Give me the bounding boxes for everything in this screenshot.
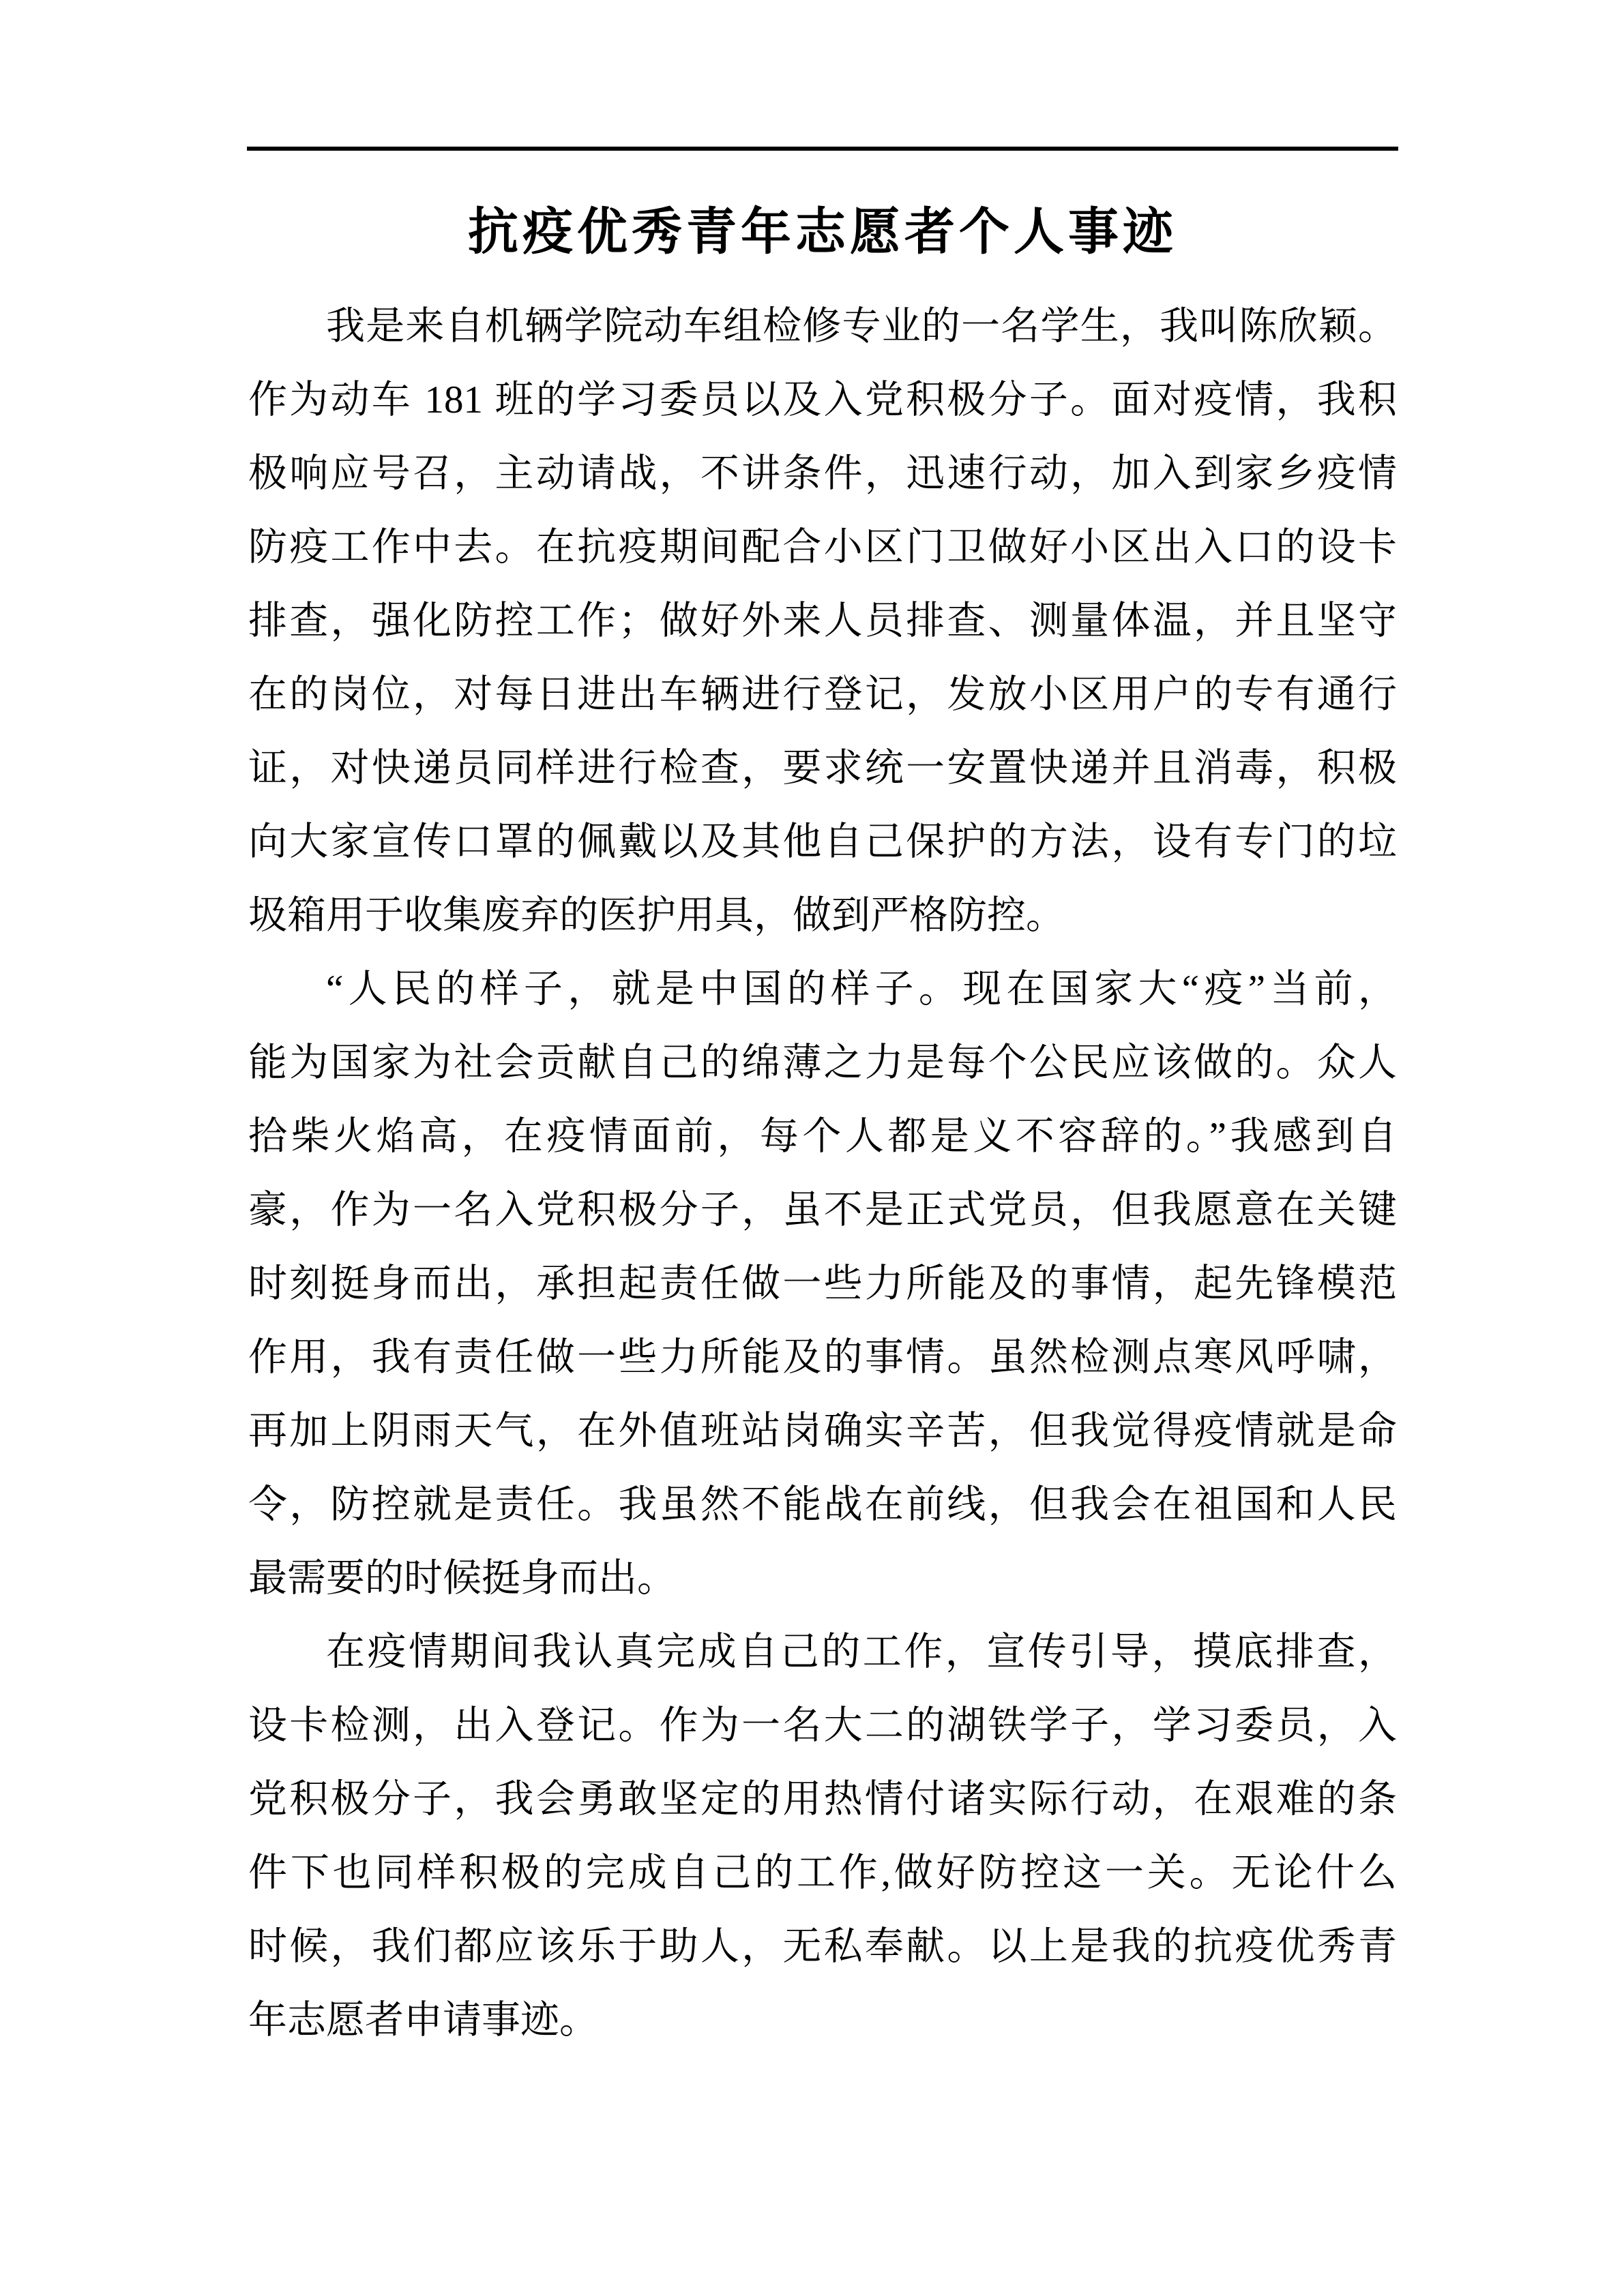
body-line: 年志愿者申请事迹。 bbox=[248, 1984, 1397, 2057]
body-line: 作为动车 181 班的学习委员以及入党积极分子。面对疫情，我积 bbox=[248, 363, 1397, 437]
body-line: 最需要的时候挺身而出。 bbox=[248, 1542, 1397, 1615]
body-line: 件下也同样积极的完成自己的工作,做好防控这一关。无论什么 bbox=[248, 1836, 1397, 1910]
document-title: 抗疫优秀青年志愿者个人事迹 bbox=[248, 203, 1397, 262]
paragraph: 我是来自机辆学院动车组检修专业的一名学生，我叫陈欣颖。 作为动车 181 班的学… bbox=[248, 290, 1397, 953]
body-line: 拾柴火焰高，在疫情面前，每个人都是义不容辞的。”我感到自 bbox=[248, 1100, 1397, 1174]
body-line: 作用，我有责任做一些力所能及的事情。虽然检测点寒风呼啸， bbox=[248, 1321, 1397, 1395]
body-line: 排查，强化防控工作；做好外来人员排查、测量体温，并且坚守 bbox=[248, 584, 1397, 658]
body-line: 在的岗位，对每日进出车辆进行登记，发放小区用户的专有通行 bbox=[248, 658, 1397, 732]
body-line: 在疫情期间我认真完成自己的工作，宣传引导，摸底排查， bbox=[248, 1615, 1397, 1689]
body-line: 时刻挺身而出，承担起责任做一些力所能及的事情，起先锋模范 bbox=[248, 1247, 1397, 1321]
header-rule bbox=[247, 147, 1398, 151]
body-line: “人民的样子，就是中国的样子。现在国家大“疫”当前， bbox=[248, 953, 1397, 1026]
body-line: 再加上阴雨天气，在外值班站岗确实辛苦，但我觉得疫情就是命 bbox=[248, 1395, 1397, 1468]
body-line: 圾箱用于收集废弃的医护用具，做到严格防控。 bbox=[248, 879, 1397, 953]
body-line: 令，防控就是责任。我虽然不能战在前线，但我会在祖国和人民 bbox=[248, 1468, 1397, 1542]
body-line: 我是来自机辆学院动车组检修专业的一名学生，我叫陈欣颖。 bbox=[248, 290, 1397, 363]
paragraph: 在疫情期间我认真完成自己的工作，宣传引导，摸底排查， 设卡检测，出入登记。作为一… bbox=[248, 1615, 1397, 2057]
document-page: 抗疫优秀青年志愿者个人事迹 我是来自机辆学院动车组检修专业的一名学生，我叫陈欣颖… bbox=[0, 0, 1624, 2296]
body-line: 证，对快递员同样进行检查，要求统一安置快递并且消毒，积极 bbox=[248, 732, 1397, 805]
paragraph: “人民的样子，就是中国的样子。现在国家大“疫”当前， 能为国家为社会贡献自己的绵… bbox=[248, 953, 1397, 1615]
body-line: 能为国家为社会贡献自己的绵薄之力是每个公民应该做的。众人 bbox=[248, 1026, 1397, 1100]
body-line: 时候，我们都应该乐于助人，无私奉献。以上是我的抗疫优秀青 bbox=[248, 1910, 1397, 1984]
body-line: 极响应号召，主动请战，不讲条件，迅速行动，加入到家乡疫情 bbox=[248, 437, 1397, 511]
body-line: 防疫工作中去。在抗疫期间配合小区门卫做好小区出入口的设卡 bbox=[248, 511, 1397, 584]
body-line: 党积极分子，我会勇敢坚定的用热情付诸实际行动，在艰难的条 bbox=[248, 1763, 1397, 1836]
body-line: 向大家宣传口罩的佩戴以及其他自己保护的方法，设有专门的垃 bbox=[248, 805, 1397, 879]
document-body: 我是来自机辆学院动车组检修专业的一名学生，我叫陈欣颖。 作为动车 181 班的学… bbox=[248, 290, 1397, 2057]
body-line: 设卡检测，出入登记。作为一名大二的湖铁学子，学习委员，入 bbox=[248, 1689, 1397, 1763]
body-line: 豪，作为一名入党积极分子，虽不是正式党员，但我愿意在关键 bbox=[248, 1174, 1397, 1247]
